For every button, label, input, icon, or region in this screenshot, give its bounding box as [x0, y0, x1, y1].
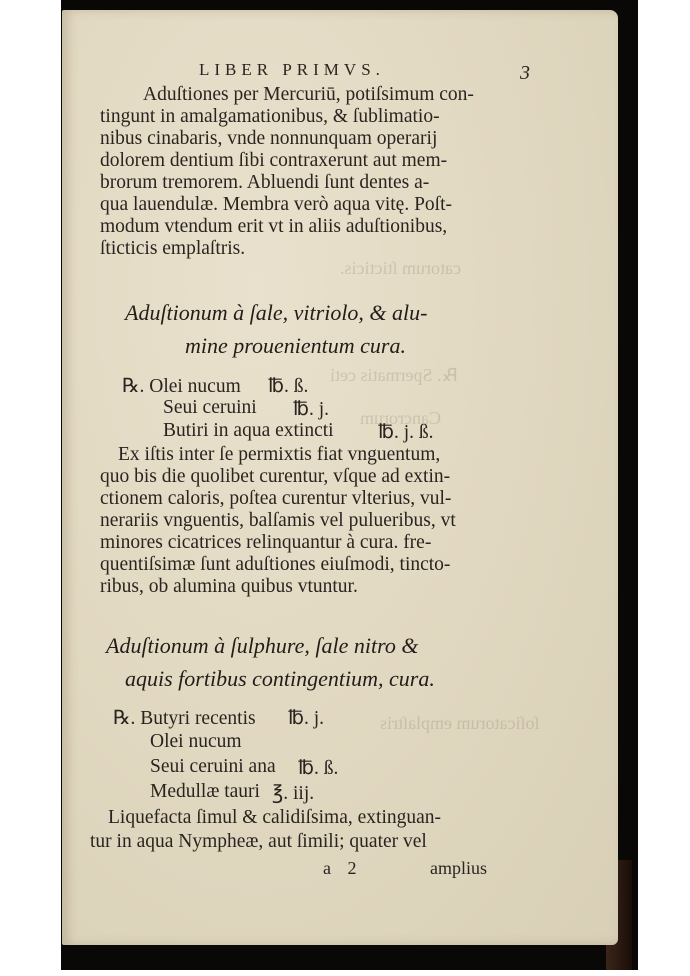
section-heading: aquis fortibus contingentium, cura.	[125, 666, 435, 692]
recipe-quantity: ℔. j. ß.	[378, 420, 434, 444]
page-number: 3	[520, 62, 530, 85]
section-heading: mine prouenientum cura.	[185, 333, 406, 359]
recipe-ingredient: Olei nucum	[150, 731, 242, 753]
recipe-ingredient: ℞. Butyri recentis	[113, 706, 256, 730]
recipe-quantity: ℔. j.	[288, 706, 324, 730]
text-line: brorum tremorem. Abluendi ſunt dentes a-	[100, 172, 429, 194]
text-line: Liquefacta ſimul & calidiſsima, extingua…	[108, 807, 441, 829]
text-line: nerariis vnguentis, balſamis vel pulueri…	[100, 510, 456, 532]
section-heading: Aduſtionum à ſale, vitriolo, & alu-	[125, 300, 427, 326]
text-line: ctionem caloris, poſtea curentur vlteriu…	[100, 488, 451, 510]
text-line: nibus cinabaris, vnde nonnunquam operari…	[100, 128, 437, 150]
signature-mark: a 2	[323, 858, 357, 879]
section-heading: Aduſtionum à ſulphure, ſale nitro &	[106, 633, 418, 659]
text-line: qua lauendulæ. Membra verò aqua vitę. Po…	[100, 194, 452, 216]
text-line: quo bis die quolibet curentur, vſque ad …	[100, 466, 450, 488]
show-through-text: ſoſicatorum emplaſtris	[380, 713, 539, 734]
recipe-ingredient: ℞. Olei nucum	[122, 374, 241, 398]
text-line: modum vtendum erit vt in aliis aduſtioni…	[100, 216, 447, 238]
show-through-text: catorum ſticticis.	[340, 258, 461, 279]
catchword: amplius	[430, 858, 487, 879]
text-line: ſticticis emplaſtris.	[100, 238, 245, 260]
show-through-text: ℞. Spermatis ceti	[330, 365, 458, 386]
text-line: minores cicatrices relinquantur à cura. …	[100, 532, 431, 554]
text-line: tingunt in amalgamationibus, & ſublimati…	[100, 106, 440, 128]
recipe-quantity: ℥. iij.	[272, 781, 314, 805]
text-line: Ex iſtis inter ſe permixtis fiat vnguent…	[118, 444, 440, 466]
text-line: Aduſtiones per Mercuriū, potiſsimum con-	[143, 84, 474, 106]
recipe-quantity: ℔. ß.	[268, 374, 308, 398]
text-line: tur in aqua Nymphеæ, aut ſimili; quater …	[90, 831, 427, 853]
recipe-ingredient: Seui ceruini	[163, 397, 257, 419]
running-head: LIBER PRIMVS.	[199, 60, 385, 80]
text-line: ribus, ob alumina quibus vtuntur.	[100, 576, 358, 598]
text-line: quentiſsimæ ſunt aduſtiones eiuſmodi, ti…	[100, 554, 450, 576]
recipe-ingredient: Medullæ tauri	[150, 781, 260, 803]
recipe-quantity: ℔. j.	[293, 397, 329, 421]
recipe-ingredient: Butiri in aqua extincti	[163, 420, 334, 442]
recipe-quantity: ℔. ß.	[298, 756, 338, 780]
text-line: dolorem dentium ſibi contraxerunt aut me…	[100, 150, 447, 172]
recipe-ingredient: Seui ceruini ana	[150, 756, 276, 778]
